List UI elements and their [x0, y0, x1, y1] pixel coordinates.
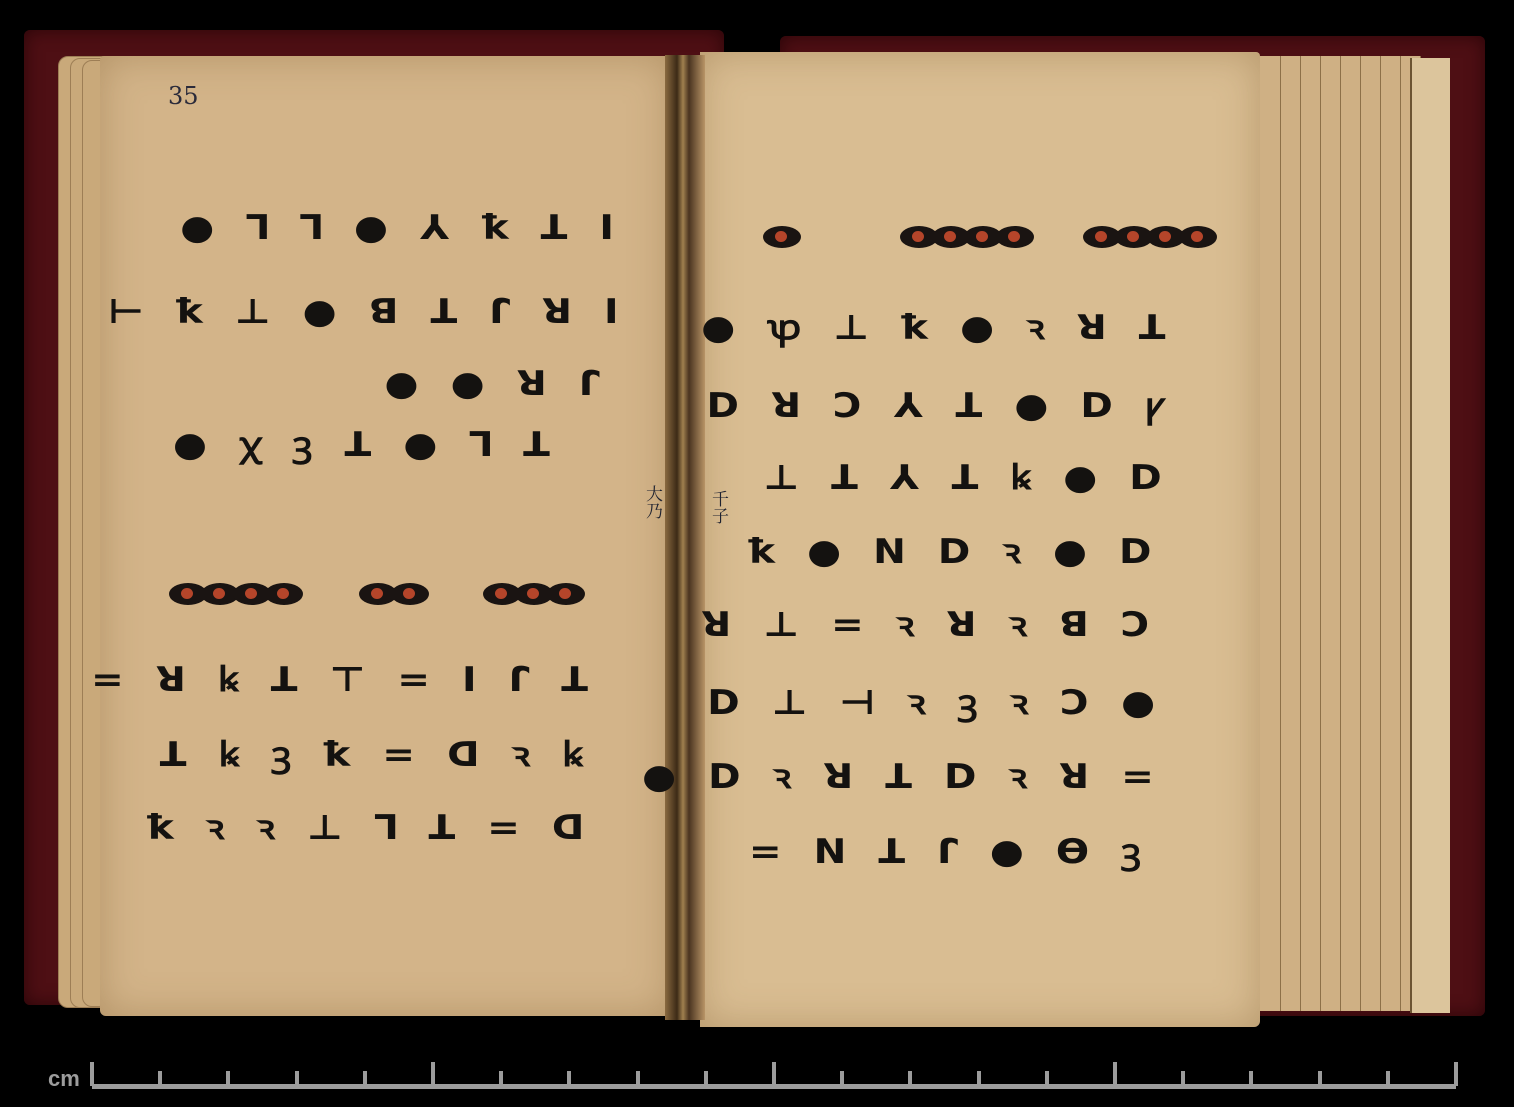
- right-text-line: ꓠ ꓕ ꓩ ● ϴ ꝫ =: [775, 832, 1124, 872]
- ruler-minor-tick: [499, 1071, 503, 1086]
- ruler-minor-tick: [704, 1071, 708, 1086]
- folio-number: 35: [168, 82, 199, 110]
- right-text-line: ꓤ ⊥ = ꝛ ꓤ ꝛ ꓭ ꓛ: [731, 605, 1129, 645]
- ruler-minor-tick: [158, 1071, 162, 1086]
- left-page: [100, 56, 670, 1016]
- right-bullet-row: [766, 226, 1214, 248]
- right-text-line: ꝁ ● ꓠ ꓓ ꝛ ● ꓓ: [775, 532, 1134, 572]
- right-text-line: ● ꓓ ⊥ ⊣ ꝛ ꝫ ꝛ ꓛ: [737, 683, 1134, 723]
- margin-note-left: 大乃: [640, 485, 665, 519]
- left-bullet-row: [172, 583, 582, 605]
- ruler-major-tick: [90, 1062, 94, 1086]
- ruler-minor-tick: [363, 1071, 367, 1086]
- right-text-line: = ꓓ ꝛ ꓤ ꓕ ꓓ ꝛ ꓤ ●: [676, 757, 1129, 797]
- margin-note-right: 千子: [706, 490, 731, 524]
- endpaper: [1410, 58, 1450, 1013]
- left-text-line: ꓶ ꓶ ● ⅄ ꝁ ꓕ ꓲ ●: [209, 208, 594, 248]
- ruler-minor-tick: [1318, 1071, 1322, 1086]
- ruler-minor-tick: [636, 1071, 640, 1086]
- ruler-minor-tick: [567, 1071, 571, 1086]
- left-text-line: ꝁ ⊥ ● ꓭ ꓕ ꓩ ꓤ ꓲ ⊣: [142, 292, 594, 332]
- right-text-line: ꓕ ⅄ ꓕ ꝃ ● ꓓ ⊥: [790, 458, 1144, 498]
- ruler-major-tick: [1113, 1062, 1117, 1086]
- ruler-minor-tick: [840, 1071, 844, 1086]
- left-text-line: ꭓ ꝫ ꓕ ● ꓶ ꓕ ●: [198, 425, 534, 465]
- ruler-minor-tick: [1386, 1071, 1390, 1086]
- left-text-line: ꓕ ꝃ ꝫ ꝁ = ꓷ ꝛ ꝃ: [188, 735, 564, 775]
- ruler-major-tick: [772, 1062, 776, 1086]
- ruler-minor-tick: [295, 1071, 299, 1086]
- ruler-minor-tick: [1249, 1071, 1253, 1086]
- ruler-minor-tick: [226, 1071, 230, 1086]
- ruler-major-tick: [1454, 1062, 1458, 1086]
- ruler-minor-tick: [1181, 1071, 1185, 1086]
- book-gutter: [665, 55, 705, 1020]
- ruler-minor-tick: [908, 1071, 912, 1086]
- ruler-major-tick: [431, 1062, 435, 1086]
- right-text-line: ꓓ ꓤ ꓛ ⅄ ꓕ ● ꓓ ꝩ: [737, 386, 1144, 426]
- right-text-line: ꝕ ⊥ ꝁ ● ꝛ ꓤ ꓕ ●: [732, 308, 1144, 348]
- left-text-line: ꝁ ꝛ ꝛ ⊥ ꓶ ꓕ = ꓷ: [176, 808, 564, 848]
- ruler-minor-tick: [977, 1071, 981, 1086]
- ruler-unit-label: cm: [48, 1066, 80, 1092]
- left-text-line: ꓤ ꝃ ꓕ ⊤ = ꓲ ꓩ ꓕ =: [124, 660, 564, 700]
- left-text-line: ꓤ ꓩ ● ●: [399, 364, 594, 404]
- ruler-minor-tick: [1045, 1071, 1049, 1086]
